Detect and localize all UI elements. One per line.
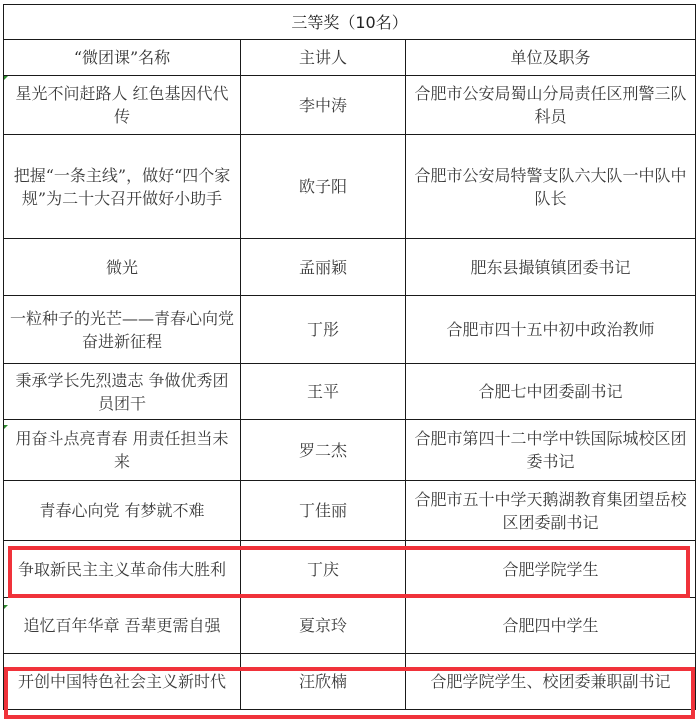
speaker-cell: 丁佳丽 — [241, 481, 406, 541]
unit-position-cell: 合肥市第四十二中学中铁国际城校区团委书记 — [406, 420, 696, 481]
table-row: 用奋斗点亮青春 用责任担当未来 罗二杰 合肥市第四十二中学中铁国际城校区团委书记 — [4, 420, 696, 481]
cell-comment-marker — [4, 425, 8, 429]
table-row: 微光 孟丽颖 肥东县撮镇镇团委书记 — [4, 239, 696, 296]
course-name-cell: 秉承学长先烈遗志 争做优秀团员团干 — [4, 364, 241, 420]
speaker-cell: 夏京玲 — [241, 598, 406, 654]
speaker-cell: 丁彤 — [241, 296, 406, 364]
table-row: 把握“一条主线”，做好“四个家规”为二十大召开做好小助手 欧子阳 合肥市公安局特… — [4, 135, 696, 239]
table-row-highlighted: 争取新民主主义革命伟大胜利 丁庆 合肥学院学生 — [4, 541, 696, 598]
speaker-cell: 孟丽颖 — [241, 239, 406, 296]
cell-comment-marker — [4, 76, 8, 80]
table-row: 星光不问赶路人 红色基因代代传 李中涛 合肥市公安局蜀山分局责任区刑警三队科员 — [4, 76, 696, 135]
header-unit-position: 单位及职务 — [406, 40, 696, 76]
course-name-cell: 青春心向党 有梦就不难 — [4, 481, 241, 541]
course-name-cell: 微光 — [4, 239, 241, 296]
unit-position-cell: 合肥学院学生 — [406, 541, 696, 598]
cell-comment-marker — [4, 605, 8, 609]
header-speaker: 主讲人 — [241, 40, 406, 76]
unit-position-cell: 肥东县撮镇镇团委书记 — [406, 239, 696, 296]
unit-position-cell: 合肥市四十五中初中政治教师 — [406, 296, 696, 364]
unit-position-cell: 合肥七中团委副书记 — [406, 364, 696, 420]
award-table: 三等奖（10名） “微团课”名称 主讲人 单位及职务 星光不问赶路人 红色基因代… — [3, 4, 696, 710]
table-row: 追忆百年华章 吾辈更需自强 夏京玲 合肥四中学生 — [4, 598, 696, 654]
speaker-cell: 李中涛 — [241, 76, 406, 135]
unit-position-cell: 合肥市公安局蜀山分局责任区刑警三队科员 — [406, 76, 696, 135]
course-name-cell: 一粒种子的光芒——青春心向党 奋进新征程 — [4, 296, 241, 364]
course-name-cell: 星光不问赶路人 红色基因代代传 — [4, 76, 241, 135]
speaker-cell: 汪欣楠 — [241, 654, 406, 710]
speaker-cell: 王平 — [241, 364, 406, 420]
speaker-cell: 丁庆 — [241, 541, 406, 598]
title-row: 三等奖（10名） — [4, 5, 696, 40]
table-row-highlighted: 开创中国特色社会主义新时代 汪欣楠 合肥学院学生、校团委兼职副书记 — [4, 654, 696, 710]
table-row: 秉承学长先烈遗志 争做优秀团员团干 王平 合肥七中团委副书记 — [4, 364, 696, 420]
speaker-cell: 欧子阳 — [241, 135, 406, 239]
table-row: 一粒种子的光芒——青春心向党 奋进新征程 丁彤 合肥市四十五中初中政治教师 — [4, 296, 696, 364]
course-name-cell: 用奋斗点亮青春 用责任担当未来 — [4, 420, 241, 481]
table-row: 青春心向党 有梦就不难 丁佳丽 合肥市五十中学天鹅湖教育集团望岳校区团委副书记 — [4, 481, 696, 541]
speaker-cell: 罗二杰 — [241, 420, 406, 481]
course-name-cell: 争取新民主主义革命伟大胜利 — [4, 541, 241, 598]
header-course-name: “微团课”名称 — [4, 40, 241, 76]
course-name-cell: 追忆百年华章 吾辈更需自强 — [4, 598, 241, 654]
unit-position-cell: 合肥学院学生、校团委兼职副书记 — [406, 654, 696, 710]
unit-position-cell: 合肥市五十中学天鹅湖教育集团望岳校区团委副书记 — [406, 481, 696, 541]
award-title: 三等奖（10名） — [4, 5, 696, 40]
course-name-cell: 开创中国特色社会主义新时代 — [4, 654, 241, 710]
unit-position-cell: 合肥市公安局特警支队六大队一中队中队长 — [406, 135, 696, 239]
unit-position-cell: 合肥四中学生 — [406, 598, 696, 654]
course-name-cell: 把握“一条主线”，做好“四个家规”为二十大召开做好小助手 — [4, 135, 241, 239]
header-row: “微团课”名称 主讲人 单位及职务 — [4, 40, 696, 76]
